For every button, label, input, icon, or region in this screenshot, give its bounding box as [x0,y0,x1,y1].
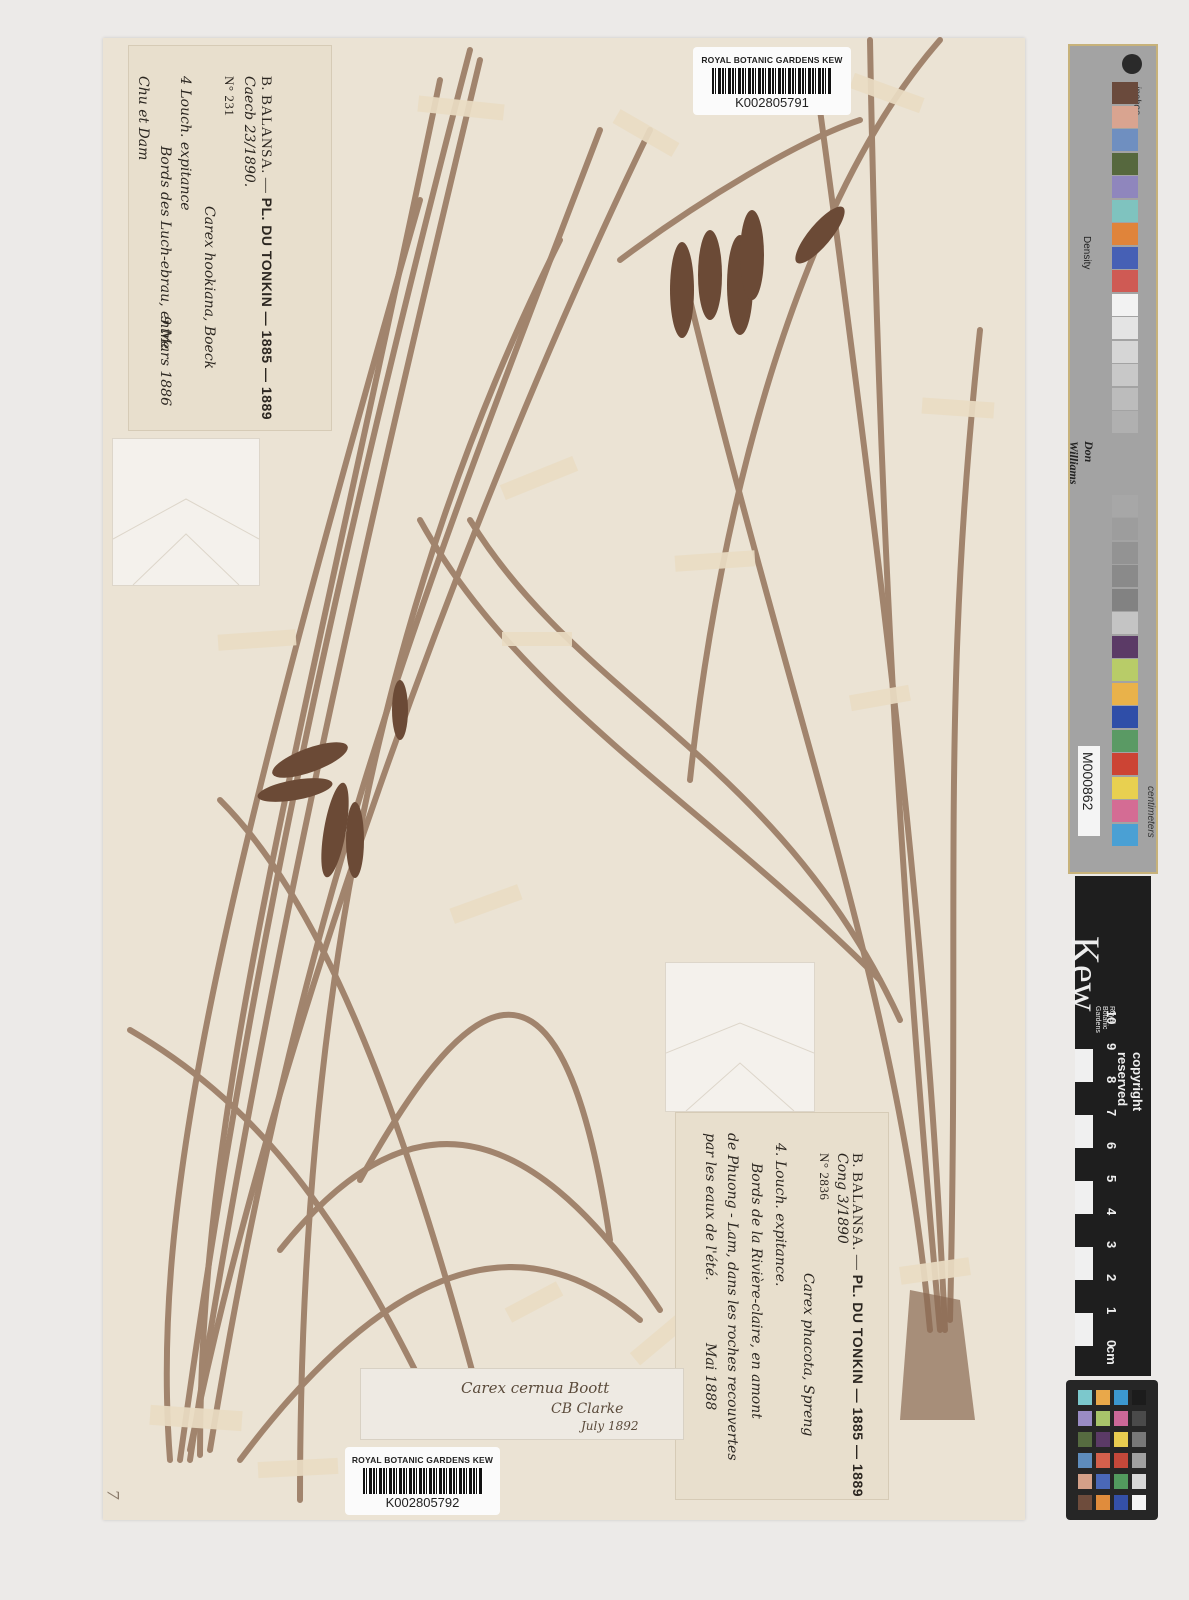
corner-mark: 7 [104,1489,123,1499]
color-chip [1114,1390,1128,1405]
color-chip [1096,1474,1110,1489]
scale-tick-label: 4 [1104,1208,1119,1215]
color-chip [1114,1495,1128,1510]
color-patch [1112,411,1138,433]
color-patch [1112,153,1138,175]
color-reference-bar: inches centimeters Density Don Williams … [1068,44,1158,874]
label-locality: 4 Louch. expitance [177,76,193,211]
color-patch [1112,495,1138,517]
color-patch [1112,388,1138,410]
label-locality: 4. Louch. expitance. [772,1143,788,1287]
kew-logo: Kew [1062,936,1109,1012]
color-patch [1112,518,1138,540]
determiner-name: CB Clarke [551,1401,623,1417]
label-number: N° 231 [221,76,237,116]
series-name: PL. DU TONKIN [259,198,275,308]
institution-name: ROYAL BOTANIC GARDENS KEW [693,55,851,65]
collection-label-upper-left: B. BALANSA. — PL. DU TONKIN — 1885 — 188… [128,45,332,431]
label-collection-date: Mai 1888 [702,1343,718,1410]
unit-label: cm [1104,1346,1119,1365]
determination-slip: Carex cernua Boott CB Clarke July 1892 [360,1368,684,1440]
color-patch [1112,659,1138,681]
series-years: — 1885 — 1889 [850,1389,866,1497]
color-patch [1112,730,1138,752]
color-chip [1096,1495,1110,1510]
color-patch [1112,200,1138,222]
barcode-number: K002805792 [345,1495,500,1510]
color-patch [1112,129,1138,151]
label-habitat-2: Chu et Dam [135,76,151,160]
label-collection-date: 9 Mars 1886 [157,316,173,406]
color-patch [1112,106,1138,128]
label-habitat: Bords de la Rivière-claire, en amont [748,1163,764,1419]
barcode-icon [363,1468,483,1494]
chart-id: M000862 [1080,752,1096,810]
color-chip [1078,1453,1092,1468]
color-chip [1114,1453,1128,1468]
color-patch [1112,364,1138,386]
label-printed-header: B. BALANSA. — PL. DU TONKIN — 1885 — 188… [257,76,275,420]
density-label: Density [1081,236,1092,269]
label-number: N° 2836 [816,1153,832,1200]
scale-tick-label: 10 [1104,1010,1119,1024]
determination-name: Carex cernua Boott [461,1379,609,1397]
mounting-tape [502,632,572,646]
color-chip [1132,1390,1146,1405]
label-habitat-2: de Phuong - Lam, dans les roches recouve… [724,1133,740,1461]
color-chip [1114,1474,1128,1489]
color-chip [1096,1411,1110,1426]
color-chip [1132,1495,1146,1510]
color-chip [1078,1411,1092,1426]
color-patch [1112,247,1138,269]
scale-tick-label: 6 [1104,1142,1119,1149]
color-chip [1096,1432,1110,1447]
scale-tick-label: 2 [1104,1274,1119,1281]
color-patch [1112,706,1138,728]
punch-hole-icon [1122,54,1142,74]
color-patch [1112,565,1138,587]
label-habitat-3: par les eaux de l'été. [702,1133,718,1281]
scale-tick-label: 5 [1104,1175,1119,1182]
institution-name: ROYAL BOTANIC GARDENS KEW [345,1455,500,1465]
fragment-packet [665,962,815,1112]
color-patch [1112,176,1138,198]
series-years: — 1885 — 1889 [259,312,275,420]
scale-tick-label: 1 [1104,1307,1119,1314]
color-patch [1112,800,1138,822]
scale-tick-label: 3 [1104,1241,1119,1248]
color-chip [1132,1474,1146,1489]
color-chip [1096,1390,1110,1405]
color-patch [1112,223,1138,245]
collection-label-lower-right: B. BALANSA. — PL. DU TONKIN — 1885 — 188… [675,1112,889,1500]
fragment-packet [112,438,260,586]
kew-scale-bar: Kew Royal Botanic Gardens copyright rese… [1075,876,1151,1376]
color-patch [1112,589,1138,611]
color-patch [1112,317,1138,339]
label-taxon: Carex phacota, Spreng [800,1273,816,1436]
color-chip [1114,1411,1128,1426]
scale-tick-label: 8 [1104,1076,1119,1083]
color-chip [1114,1432,1128,1447]
label-printed-header: B. BALANSA. — PL. DU TONKIN — 1885 — 188… [848,1153,866,1497]
color-patch [1112,612,1138,634]
barcode-number: K002805791 [693,95,851,110]
color-patch [1112,753,1138,775]
collector-name: B. BALANSA. [849,1153,865,1251]
color-chip [1096,1453,1110,1468]
scale-ruler [1075,1016,1093,1346]
brand-label: Don Williams [1066,441,1096,501]
color-checker-card [1066,1380,1158,1520]
label-date: Caecb 23/1890. [241,76,257,187]
label-date: Cong 3/1890 [834,1153,850,1244]
color-patch [1112,683,1138,705]
color-chip [1078,1432,1092,1447]
color-chip [1078,1390,1092,1405]
color-chip [1132,1411,1146,1426]
color-patch [1112,82,1138,104]
color-patch [1112,777,1138,799]
scale-tick-label: 7 [1104,1109,1119,1116]
label-taxon: Carex hookiana, Boeck [201,206,217,369]
barcode-icon [712,68,832,94]
color-patch [1112,636,1138,658]
collector-name: B. BALANSA. [258,76,274,174]
barcode-label-top: ROYAL BOTANIC GARDENS KEW K002805791 [693,47,851,115]
color-patch [1112,824,1138,846]
color-patch [1112,341,1138,363]
color-chip [1132,1432,1146,1447]
color-patch [1112,270,1138,292]
color-chip [1078,1495,1092,1510]
copyright-label: copyright reserved [1115,1052,1145,1111]
centimeters-label: centimeters [1145,786,1156,838]
determination-date: July 1892 [581,1419,639,1433]
color-patch [1112,294,1138,316]
barcode-label-bottom: ROYAL BOTANIC GARDENS KEW K002805792 [345,1447,500,1515]
scale-tick-label: 9 [1104,1043,1119,1050]
color-chip [1078,1474,1092,1489]
series-name: PL. DU TONKIN [850,1275,866,1385]
color-chip [1132,1453,1146,1468]
color-patch [1112,542,1138,564]
